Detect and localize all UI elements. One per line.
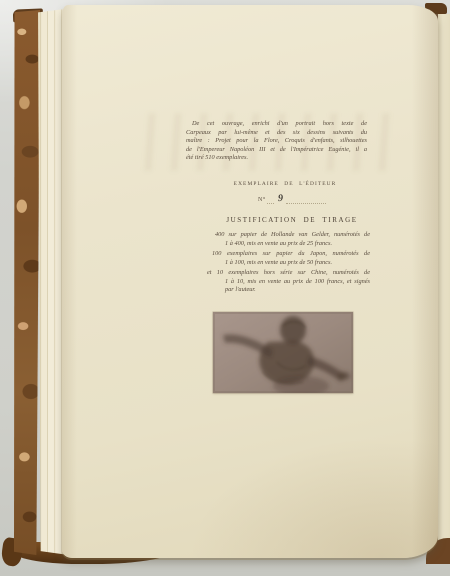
tirage-line: 1 à 400, mis en vente au prix de 25 fran… (225, 240, 370, 249)
dotted-rule (267, 195, 274, 204)
facing-page-sliver (438, 14, 450, 554)
page-edges-stack (38, 8, 64, 556)
tirage-line: et 10 exemplaires hors série sur Chine, … (207, 269, 370, 278)
exemplaire-heading: EXEMPLAIRE DE L'ÉDITEUR (212, 181, 358, 187)
numero-label: N° (258, 197, 266, 203)
tirage-line: 400 sur papier de Hollande van Gelder, n… (215, 231, 370, 240)
tirage-line: 1 à 10, mis en vente au prix de 100 fran… (225, 278, 370, 287)
copy-number-row: N° 9 (258, 193, 388, 204)
notice-line: Carpeaux par lui-même et des six dessins… (186, 129, 367, 138)
justification-title: JUSTIFICATION DE TIRAGE (192, 216, 392, 224)
notice-line: De cet ouvrage, enrichi d'un portrait ho… (186, 120, 367, 129)
marbled-board-edge (14, 10, 40, 555)
book-page: De cet ouvrage, enrichi d'un portrait ho… (62, 5, 438, 558)
tirage-line: 1 à 100, mis en vente au prix de 50 fran… (225, 259, 370, 268)
notice-line: maître : Projet pour la Flore, Croquis d… (186, 137, 367, 146)
notice-line: été tiré 510 exemplaires. (186, 154, 367, 163)
notice-line: de l'Empereur Napoléon III et de l'Impér… (186, 146, 367, 155)
tirage-line: par l'auteur. (225, 286, 370, 295)
tirage-line: 100 exemplaires sur papier du Japon, num… (212, 250, 370, 259)
figure-sketch-icon (213, 312, 353, 393)
photo-backdrop: De cet ouvrage, enrichi d'un portrait ho… (0, 0, 450, 576)
tirage-list: 400 sur papier de Hollande van Gelder, n… (207, 231, 372, 295)
edition-notice: De cet ouvrage, enrichi d'un portrait ho… (186, 120, 367, 163)
plate-sketch-image (213, 312, 353, 393)
handwritten-copy-number: 9 (276, 193, 285, 204)
dotted-rule (286, 195, 326, 204)
